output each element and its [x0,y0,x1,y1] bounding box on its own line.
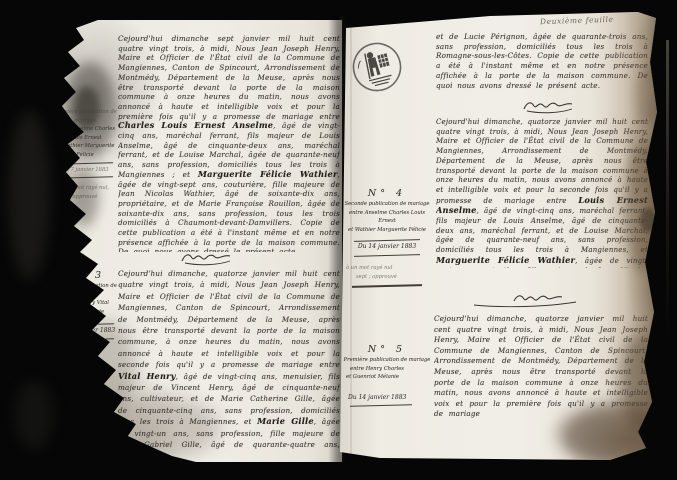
manuscript-paragraph-act2: Cejourd'hui dimanche sept janvier mil hu… [118,34,340,252]
torn-page-residue-stain [14,380,54,450]
margin-note-date: Du 14 janvier 1883 [342,243,432,252]
margin-approval-note: à un mot rayé nul [342,264,432,273]
margin-note-line: Seconde publication de mariage [48,282,124,299]
margin-note-date: Du 7 janvier 1883 [48,166,122,175]
margin-rule [350,405,412,408]
margin-note-damaged: Première publication de mariage entre An… [48,108,122,201]
margin-note-5: N° 5 Première publication de mariage ent… [342,344,432,408]
margin-note-line: et Guenriot Mélanie [342,373,432,382]
margin-rule [58,338,114,340]
torn-page-residue-stain [8,110,50,280]
right-register-page: Deuxième feuille N° 4 Seconde publicatio… [340,12,664,462]
margin-note-line: Première publication de mariage [48,108,122,125]
margin-approval-note: à un mot rayé nul, [48,184,122,193]
scanned-register-spread: { "scan": { "right_heading": "Deuxième f… [0,0,677,480]
margin-note-3: N° 3 Seconde publication de mariage entr… [48,270,124,342]
margin-note-line: entre Anselme Charles Louis Ernest [342,209,432,226]
margin-note-line: entre Anselme Charles Louis Ernest [48,125,122,142]
margin-note-line: entre Henry Charles [342,365,432,374]
margin-rule [352,284,422,288]
signature-flourish-henry-underlined [470,292,580,308]
margin-rule [354,254,420,257]
signature-flourish-henry [178,250,238,266]
margin-rule [354,240,420,243]
margin-rule [57,176,113,178]
margin-note-line: et Wathier Marguerite Félicie [48,142,122,159]
left-register-page: Première publication de mariage entre An… [46,20,342,462]
margin-note-line: Seconde publication de mariage [342,200,432,209]
margin-rule [58,324,114,326]
manuscript-paragraph-act3: Cejourd'hui dimanche, quatorze janvier m… [118,268,340,460]
margin-note-4: N° 4 Seconde publication de mariage entr… [342,188,432,289]
archive-stamp-icon [344,34,409,99]
margin-note-line: Première publication de mariage [342,356,432,365]
underlying-page-edge [666,40,669,340]
act-number: N° 5 [342,344,432,356]
manuscript-paragraph-continuation: et de Lucie Pérignon, âgée de quarante-t… [436,32,648,90]
manuscript-paragraph-act5: Cejourd'hui dimanche, quatorze janvier m… [434,314,648,420]
act-number: N° 4 [342,188,432,200]
margin-note-date: Du 14 janvier 1883 [342,394,432,403]
signature-flourish-henry [520,98,580,114]
margin-note-line: et Gille Marie [48,308,124,317]
manuscript-paragraph-act4: Cejourd'hui dimanche, quatorze janvier m… [436,118,648,268]
margin-note-date: Du 14 janvier 1883 [48,327,124,336]
page-heading: Deuxième feuille [540,15,614,27]
margin-note-line: entre Henry Vital [48,299,124,308]
margin-approval-note: sept ; approuvé [342,273,432,282]
act-number: N° 3 [48,270,124,282]
margin-note-line: et Wathier Marguerite Félicie [342,226,432,235]
margin-approval-note: approuvé [48,193,122,202]
margin-rule [57,162,113,164]
